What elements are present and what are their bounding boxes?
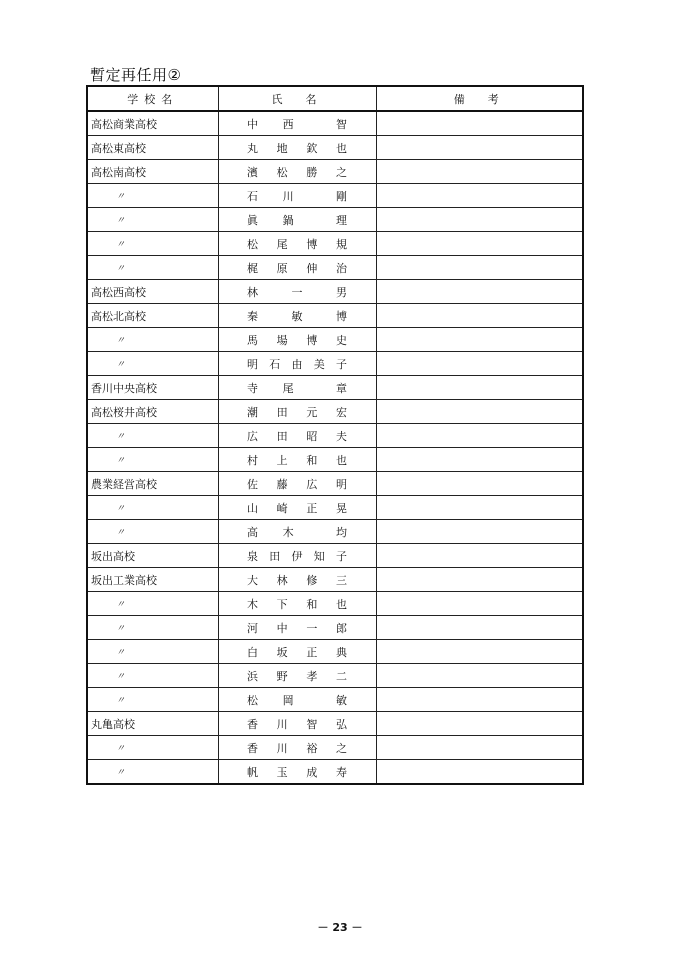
- name-text: 木下和也: [247, 596, 347, 612]
- name-text: 眞 鍋 理: [247, 212, 347, 228]
- school-cell: 〃: [87, 760, 218, 785]
- school-cell: 〃: [87, 664, 218, 688]
- remarks-cell: [376, 352, 583, 376]
- remarks-cell: [376, 400, 583, 424]
- name-text: 中 西 智: [247, 116, 347, 132]
- remarks-cell: [376, 496, 583, 520]
- school-cell: 〃: [87, 184, 218, 208]
- school-cell: 〃: [87, 616, 218, 640]
- name-cell: 木下和也: [218, 592, 376, 616]
- school-cell: 〃: [87, 328, 218, 352]
- name-text: 香川裕之: [247, 740, 347, 756]
- table-row: 〃山崎正晃: [87, 496, 583, 520]
- name-cell: 中 西 智: [218, 111, 376, 136]
- remarks-cell: [376, 280, 583, 304]
- table-row: 高松南高校濱松勝之: [87, 160, 583, 184]
- name-cell: 白坂正典: [218, 640, 376, 664]
- school-cell: 丸亀高校: [87, 712, 218, 736]
- name-text: 明石由美子: [247, 356, 347, 372]
- table-row: 〃白坂正典: [87, 640, 583, 664]
- header-remarks: 備 考: [376, 86, 583, 111]
- school-cell: 高松西高校: [87, 280, 218, 304]
- table-row: 坂出高校泉田伊知子: [87, 544, 583, 568]
- name-text: 梶原伸治: [247, 260, 347, 276]
- name-text: 河中一郎: [247, 620, 347, 636]
- name-cell: 香川智弘: [218, 712, 376, 736]
- name-cell: 潮田元宏: [218, 400, 376, 424]
- school-cell: 〃: [87, 496, 218, 520]
- school-cell: 〃: [87, 640, 218, 664]
- school-cell: 〃: [87, 352, 218, 376]
- name-cell: 香川裕之: [218, 736, 376, 760]
- remarks-cell: [376, 592, 583, 616]
- name-text: 村上和也: [247, 452, 347, 468]
- name-cell: 松尾博規: [218, 232, 376, 256]
- name-cell: 大林修三: [218, 568, 376, 592]
- table-header-row: 学校名 氏 名 備 考: [87, 86, 583, 111]
- name-text: 馬場博史: [247, 332, 347, 348]
- school-cell: 高松商業高校: [87, 111, 218, 136]
- remarks-cell: [376, 616, 583, 640]
- name-cell: 丸地欽也: [218, 136, 376, 160]
- name-cell: 山崎正晃: [218, 496, 376, 520]
- name-text: 高 木 均: [247, 524, 347, 540]
- name-cell: 梶原伸治: [218, 256, 376, 280]
- table-row: 高松東高校丸地欽也: [87, 136, 583, 160]
- remarks-cell: [376, 136, 583, 160]
- name-text: 林 一 男: [247, 284, 347, 300]
- name-cell: 高 木 均: [218, 520, 376, 544]
- remarks-cell: [376, 712, 583, 736]
- name-cell: 濱松勝之: [218, 160, 376, 184]
- table-row: 〃村上和也: [87, 448, 583, 472]
- name-cell: 佐藤広明: [218, 472, 376, 496]
- table-row: 坂出工業高校大林修三: [87, 568, 583, 592]
- table-row: 丸亀高校香川智弘: [87, 712, 583, 736]
- table-row: 高松商業高校中 西 智: [87, 111, 583, 136]
- school-cell: 〃: [87, 424, 218, 448]
- table-row: 〃梶原伸治: [87, 256, 583, 280]
- table-row: 〃馬場博史: [87, 328, 583, 352]
- table-row: 〃香川裕之: [87, 736, 583, 760]
- school-cell: 〃: [87, 736, 218, 760]
- table-row: 〃松尾博規: [87, 232, 583, 256]
- header-school: 学校名: [87, 86, 218, 111]
- table-row: 〃広田昭夫: [87, 424, 583, 448]
- school-cell: 坂出工業高校: [87, 568, 218, 592]
- header-name: 氏 名: [218, 86, 376, 111]
- remarks-cell: [376, 208, 583, 232]
- table-row: 〃明石由美子: [87, 352, 583, 376]
- school-cell: 高松東高校: [87, 136, 218, 160]
- name-text: 浜野孝二: [247, 668, 347, 684]
- name-text: 泉田伊知子: [247, 548, 347, 564]
- table-row: 〃帆玉成寿: [87, 760, 583, 785]
- name-cell: 馬場博史: [218, 328, 376, 352]
- school-cell: 高松北高校: [87, 304, 218, 328]
- name-text: 山崎正晃: [247, 500, 347, 516]
- name-text: 秦 敏 博: [247, 308, 347, 324]
- school-cell: 〃: [87, 592, 218, 616]
- name-text: 潮田元宏: [247, 404, 347, 420]
- school-cell: 〃: [87, 256, 218, 280]
- school-cell: 坂出高校: [87, 544, 218, 568]
- name-cell: 広田昭夫: [218, 424, 376, 448]
- name-cell: 松 岡 敏: [218, 688, 376, 712]
- name-cell: 泉田伊知子: [218, 544, 376, 568]
- school-cell: 高松桜井高校: [87, 400, 218, 424]
- name-text: 広田昭夫: [247, 428, 347, 444]
- table-row: 高松北高校秦 敏 博: [87, 304, 583, 328]
- remarks-cell: [376, 568, 583, 592]
- remarks-cell: [376, 232, 583, 256]
- table-row: 農業経営高校佐藤広明: [87, 472, 583, 496]
- table-row: 〃河中一郎: [87, 616, 583, 640]
- name-cell: 秦 敏 博: [218, 304, 376, 328]
- page-number: － 23 －: [0, 919, 680, 935]
- name-cell: 石 川 剛: [218, 184, 376, 208]
- table-row: 〃石 川 剛: [87, 184, 583, 208]
- remarks-cell: [376, 760, 583, 785]
- remarks-cell: [376, 736, 583, 760]
- school-cell: 〃: [87, 688, 218, 712]
- school-cell: 農業経営高校: [87, 472, 218, 496]
- remarks-cell: [376, 640, 583, 664]
- staff-table: 学校名 氏 名 備 考 高松商業高校中 西 智高松東高校丸地欽也高松南高校濱松勝…: [86, 85, 584, 785]
- table-row: 高松西高校林 一 男: [87, 280, 583, 304]
- remarks-cell: [376, 664, 583, 688]
- table-row: 〃高 木 均: [87, 520, 583, 544]
- remarks-cell: [376, 472, 583, 496]
- name-text: 香川智弘: [247, 716, 347, 732]
- remarks-cell: [376, 111, 583, 136]
- name-text: 濱松勝之: [247, 164, 347, 180]
- remarks-cell: [376, 520, 583, 544]
- school-cell: 〃: [87, 448, 218, 472]
- name-text: 白坂正典: [247, 644, 347, 660]
- remarks-cell: [376, 256, 583, 280]
- table-row: 〃松 岡 敏: [87, 688, 583, 712]
- remarks-cell: [376, 688, 583, 712]
- table-row: 香川中央高校寺 尾 章: [87, 376, 583, 400]
- name-text: 大林修三: [247, 572, 347, 588]
- remarks-cell: [376, 184, 583, 208]
- name-cell: 寺 尾 章: [218, 376, 376, 400]
- name-cell: 浜野孝二: [218, 664, 376, 688]
- remarks-cell: [376, 376, 583, 400]
- name-text: 帆玉成寿: [247, 764, 347, 780]
- school-cell: 高松南高校: [87, 160, 218, 184]
- school-cell: 〃: [87, 232, 218, 256]
- remarks-cell: [376, 328, 583, 352]
- remarks-cell: [376, 448, 583, 472]
- name-cell: 林 一 男: [218, 280, 376, 304]
- name-cell: 村上和也: [218, 448, 376, 472]
- table-row: 高松桜井高校潮田元宏: [87, 400, 583, 424]
- name-cell: 眞 鍋 理: [218, 208, 376, 232]
- name-text: 寺 尾 章: [247, 380, 347, 396]
- school-cell: 香川中央高校: [87, 376, 218, 400]
- name-cell: 明石由美子: [218, 352, 376, 376]
- remarks-cell: [376, 160, 583, 184]
- remarks-cell: [376, 304, 583, 328]
- name-text: 佐藤広明: [247, 476, 347, 492]
- name-text: 松尾博規: [247, 236, 347, 252]
- name-cell: 河中一郎: [218, 616, 376, 640]
- table-row: 〃眞 鍋 理: [87, 208, 583, 232]
- name-text: 丸地欽也: [247, 140, 347, 156]
- name-text: 松 岡 敏: [247, 692, 347, 708]
- table-row: 〃浜野孝二: [87, 664, 583, 688]
- document-title: 暫定再任用②: [90, 64, 181, 85]
- school-cell: 〃: [87, 208, 218, 232]
- school-cell: 〃: [87, 520, 218, 544]
- remarks-cell: [376, 424, 583, 448]
- name-cell: 帆玉成寿: [218, 760, 376, 785]
- name-text: 石 川 剛: [247, 188, 347, 204]
- remarks-cell: [376, 544, 583, 568]
- table-row: 〃木下和也: [87, 592, 583, 616]
